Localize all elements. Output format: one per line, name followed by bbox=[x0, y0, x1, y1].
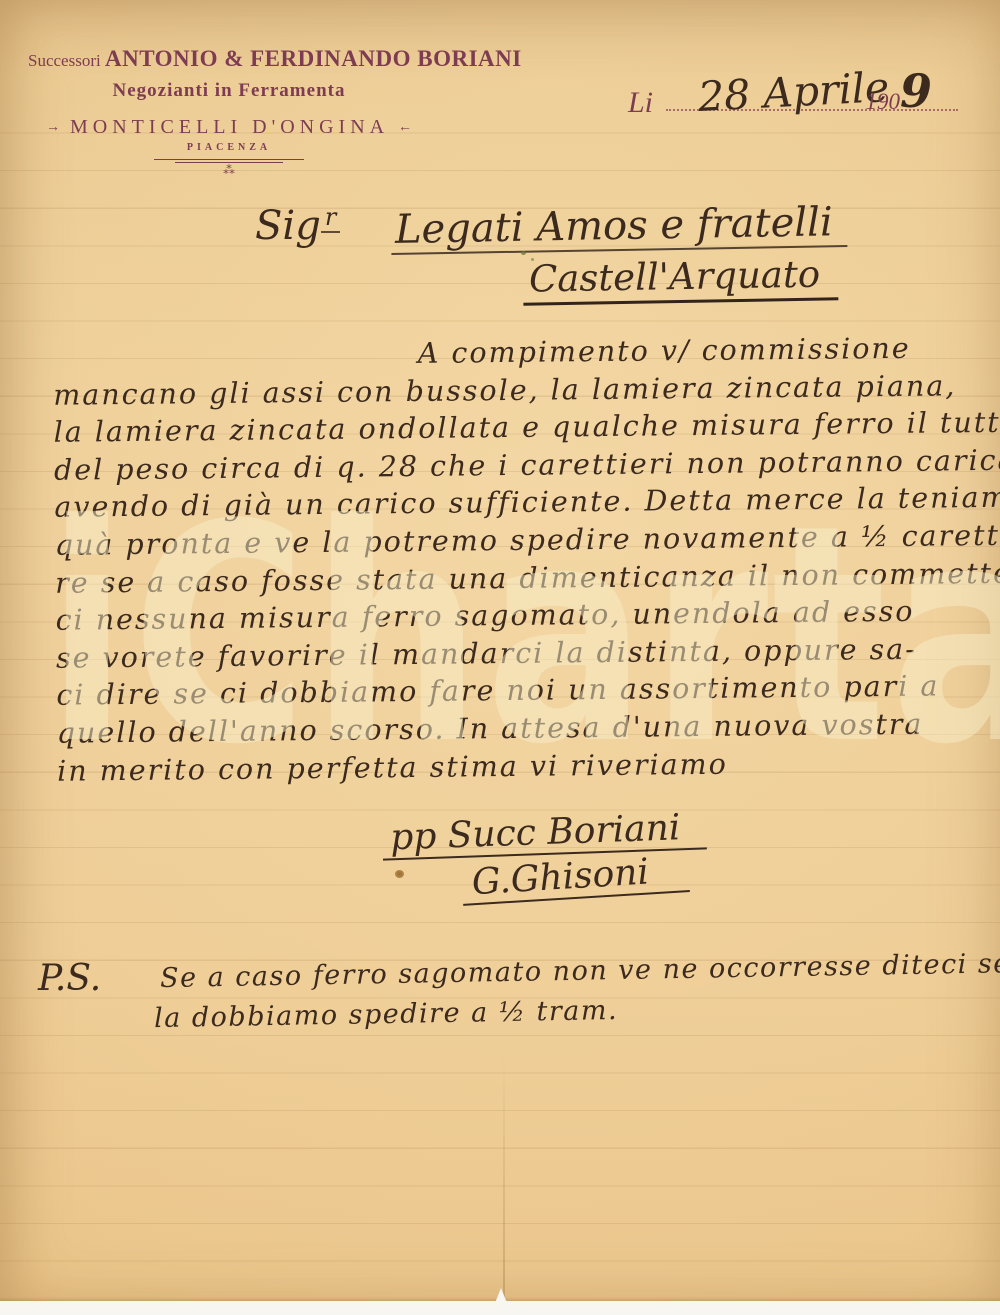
dateline-li-prefix: Li bbox=[628, 86, 653, 120]
letterhead-company-line: Successori ANTONIO & FERDINANDO BORIANI bbox=[28, 46, 430, 72]
addressee-block: Sigr Legati Amos e fratelli Castell'Arqu… bbox=[255, 203, 847, 303]
letterhead-trade-line: Negozianti in Ferramenta bbox=[28, 80, 430, 102]
letterhead-successori: Successori bbox=[28, 51, 101, 70]
scanner-background bbox=[0, 1301, 1000, 1315]
letterhead-province: PIACENZA bbox=[28, 142, 430, 153]
postscript-line: la dobbiamo spedire a ½ tram. bbox=[154, 989, 968, 1034]
letter-body: A compimento v/ commissione mancano gli … bbox=[53, 331, 963, 792]
body-line: in merito con perfetta stima vi riveriam… bbox=[57, 745, 962, 792]
addressee-name: Legati Amos e fratelli bbox=[391, 199, 847, 255]
ink-stain-spot bbox=[395, 870, 404, 878]
fold-crease bbox=[503, 1052, 505, 1302]
addressee-city: Castell'Arquato bbox=[523, 252, 839, 305]
paper-speck bbox=[521, 251, 526, 255]
letterhead-city-line: → MONTICELLI D'ONGINA ← bbox=[28, 116, 430, 139]
letterhead-rule bbox=[154, 159, 304, 160]
left-arrow-icon: ← bbox=[398, 120, 412, 135]
letter-scan: Successori ANTONIO & FERDINANDO BORIANI … bbox=[0, 0, 1000, 1315]
dateline-year-prefix: 190 bbox=[866, 89, 901, 115]
signature-person: G.Ghisoni bbox=[461, 849, 690, 906]
postscript-label: P.S. bbox=[38, 958, 101, 999]
addressee-salutation: Sig bbox=[255, 203, 321, 249]
dateline: Li 28 Aprile 190 9 bbox=[622, 48, 962, 120]
addressee-salutation-superscript: r bbox=[321, 203, 340, 233]
paper-edge-notch bbox=[495, 1288, 507, 1303]
postscript-block: P.S. Se a caso ferro sagomato non ve ne … bbox=[38, 956, 968, 1027]
right-arrow-icon: → bbox=[46, 120, 60, 135]
signature-block: pp Succ Boriani G.Ghisoni bbox=[382, 806, 709, 905]
paper-speck bbox=[531, 258, 534, 261]
postscript-line: Se a caso ferro sagomato non ve ne occor… bbox=[160, 949, 968, 994]
letterhead-city: MONTICELLI D'ONGINA bbox=[70, 116, 388, 138]
fleuron-ornament-icon: ⁂ bbox=[28, 165, 430, 175]
letterhead: Successori ANTONIO & FERDINANDO BORIANI … bbox=[28, 46, 430, 175]
dateline-day-month: 28 Aprile bbox=[697, 63, 890, 121]
letterhead-names: ANTONIO & FERDINANDO BORIANI bbox=[105, 46, 522, 71]
addressee-line: Sigr Legati Amos e fratelli bbox=[255, 203, 847, 251]
dateline-year-digit: 9 bbox=[900, 64, 932, 118]
